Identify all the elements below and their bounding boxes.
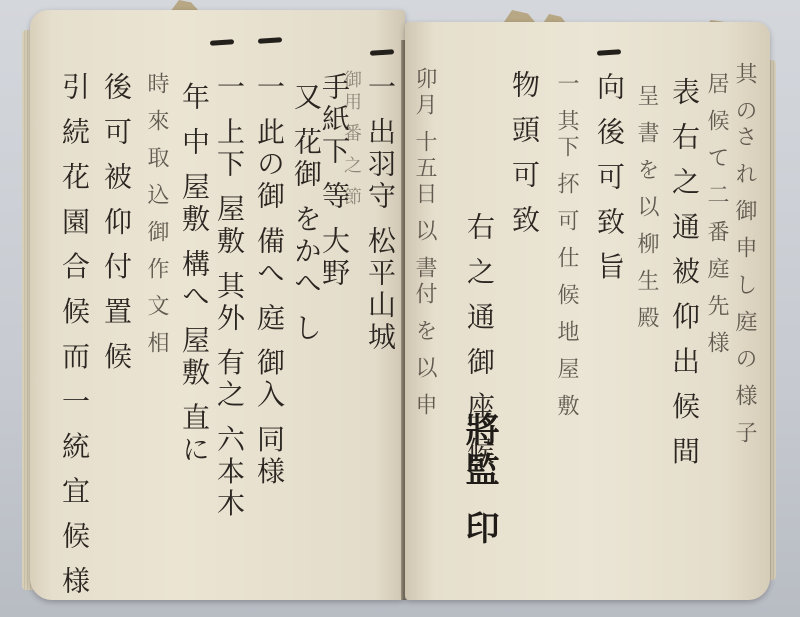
- text-column: 向 後 可 致 旨: [595, 72, 623, 284]
- left-page: 一 出羽守 松平山城 御用 番 之 節 手紙下 等 大野 又 花御 をかへ し …: [30, 10, 405, 600]
- item-marker: [370, 49, 394, 56]
- text-column: 手紙下 等 大野: [320, 72, 348, 290]
- text-column: 後 可 被 仰 付 置 候: [102, 72, 130, 373]
- text-column: 居 候 て 二 番 庭 先 様: [705, 72, 727, 357]
- text-column: 卯月 十五日 以 書付 を 以 申: [413, 67, 435, 419]
- text-column: 一 此の御 備へ 庭 御入 同様: [255, 72, 283, 489]
- text-column: 一 上下 屋敷 其外 有之 六本木: [215, 72, 243, 521]
- item-marker: [258, 37, 282, 44]
- item-marker: [597, 49, 621, 56]
- text-column: 又 花御 をかへ し: [292, 82, 320, 345]
- text-column: 一 其下 抔 可 仕 候 地 屋 敷: [555, 72, 577, 420]
- text-column: 其 のさ れ 御 申 し 庭 の 様 子: [733, 62, 755, 447]
- text-column: 物 頭 可 致: [510, 70, 538, 237]
- text-column: 呈 書 を 以 柳 生 殿: [635, 84, 657, 332]
- text-column: 年 中 屋敷 構へ 屋敷 直に: [180, 82, 208, 467]
- text-column: 一 出羽守 松平山城: [366, 72, 394, 354]
- item-marker: [210, 39, 234, 46]
- text-column: 時 來 取 込 御 作 文 相: [145, 72, 167, 357]
- text-column: 引 続 花 園 合 候 而 一 統 宜 候 様: [60, 72, 88, 598]
- right-page: 卯月 十五日 以 書付 を 以 申 右 之 通 御 座 候 物 頭 可 致 一 …: [405, 22, 770, 600]
- signature: 將監 印: [455, 412, 504, 550]
- text-column: 表 右 之 通 被 仰 出 候 間: [670, 77, 698, 468]
